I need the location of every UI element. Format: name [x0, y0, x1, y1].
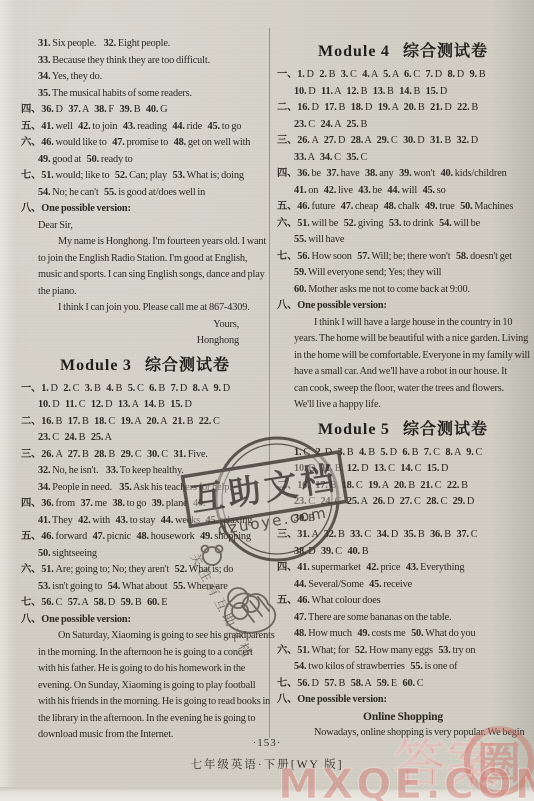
text-line: 四、36. D 37. A 38. F 39. B 40. G	[21, 102, 269, 119]
text-line: 七、56. D 57. B 58. A 59. E 60. C	[277, 676, 529, 693]
text-line: 49. good at 50. ready to	[21, 152, 269, 169]
section-header: Online Shopping	[277, 709, 529, 726]
text-line: On Saturday, Xiaoming is going to see hi…	[21, 628, 269, 645]
text-line: 59. Will everyone send; Yes; they will	[277, 265, 529, 282]
text-line: 33. A 34. C 35. C	[277, 150, 529, 167]
text-line: 47. There are some bananas on the table.	[277, 610, 529, 627]
left-column: 31. Six people. 32. Eight people.33. Bec…	[21, 36, 269, 744]
text-line: 55. will have	[277, 232, 529, 249]
text-line: 34. Yes, they do.	[21, 69, 269, 86]
book-title-footer: 七年级英语·下册[WY 版]	[0, 756, 534, 772]
text-line: 七、56. How soon 57. Will; be; there won't…	[277, 249, 529, 266]
section-header: Module 3 综合测试卷	[21, 350, 269, 381]
text-line: 二、16. B 17. B 18. C 19. A 20. A 21. B 22…	[21, 414, 269, 431]
text-line: evening. On Sunday, Xiaoming is going to…	[21, 678, 269, 695]
text-line: the library in the afternoon. In the eve…	[21, 711, 269, 728]
text-line: to join the English Radio Station. I'm g…	[21, 251, 269, 268]
text-line: 六、51. Are; going to; No; they aren't 52.…	[21, 562, 269, 579]
text-line: 23. C 24. B 25. A	[21, 430, 269, 447]
text-line: with his father. He is going to do his h…	[21, 661, 269, 678]
text-line: 23. C 24. C 25. A 26. D 27. C 28. C 29. …	[277, 494, 529, 511]
text-line: 六、46. would like to 47. promise to 48. g…	[21, 135, 269, 152]
page-number: ·153·	[0, 737, 534, 749]
text-line: 八、One possible version:	[21, 201, 269, 218]
text-line: 六、51. will be 52. giving 53. to drink 54…	[277, 216, 529, 233]
section-header: Module 5 综合测试卷	[277, 414, 529, 445]
text-line: 三、31. A 32. B 33. C 34. D 35. B 36. B 37…	[277, 527, 529, 544]
text-line: 三、26. A 27. B 28. B 29. C 30. C 31. Five…	[21, 447, 269, 464]
text-line: 31. Six people. 32. Eight people.	[21, 36, 269, 53]
text-line: 48. How much 49. costs me 50. What do yo…	[277, 626, 529, 643]
text-line: Yours,	[21, 317, 269, 334]
right-column: Module 4 综合测试卷一、1. D 2. B 3. C 4. A 5. A…	[277, 36, 529, 742]
text-line: We'll live a happy life.	[277, 397, 529, 414]
text-line: 一、1. D 2. C 3. B 4. B 5. C 6. B 7. D 8. …	[21, 381, 269, 398]
text-line: 二、16. 17. B 18. C 19. A 20. B 21. C 22. …	[277, 478, 529, 495]
text-line: 1. C 2. D 3. B 4. B 5. D 6. B 7. C 8. A …	[277, 445, 529, 462]
text-line: 五、46. What colour does	[277, 593, 529, 610]
text-line: Dear Sir,	[21, 218, 269, 235]
text-line: 四、41. supermarket 42. price 43. Everythi…	[277, 560, 529, 577]
text-line: Honghong	[21, 333, 269, 350]
text-line: in the home will be comfortable. Everyon…	[277, 348, 529, 365]
text-line: 23. C 24. A 25. B	[277, 117, 529, 134]
text-line: 38. D 39. C 40. B	[277, 544, 529, 561]
text-line: 一、1. D 2. B 3. C 4. A 5. A 6. C 7. D 8. …	[277, 67, 529, 84]
text-line: 二、16. D 17. B 18. D 19. A 20. B 21. D 22…	[277, 100, 529, 117]
text-line: 四、36. be 37. have 38. any 39. won't 40. …	[277, 166, 529, 183]
text-line: 44. Several/Some 45. receive	[277, 577, 529, 594]
text-line: 10. D 11. B 12. D 13. C 14. C 15. D	[277, 461, 529, 478]
text-line: 60. Mother asks me not to come back at 9…	[277, 282, 529, 299]
text-line: music and sports. I can sing English son…	[21, 267, 269, 284]
text-line: 八、One possible version:	[21, 612, 269, 629]
text-line: have a small car. And we'll have a robot…	[277, 364, 529, 381]
text-line: in the morning. In the afternoon he is g…	[21, 645, 269, 662]
text-line: 七、51. would; like to 52. Can; play 53. W…	[21, 168, 269, 185]
text-line: My name is Honghong. I'm fourteen years …	[21, 234, 269, 251]
scan-bottom-edge	[0, 787, 534, 801]
text-line: 八、One possible version:	[277, 298, 529, 315]
text-line: years. The home will be beautiful with a…	[277, 331, 529, 348]
scanned-answer-page: 31. Six people. 32. Eight people.33. Bec…	[0, 0, 534, 801]
text-line: 五、41. well 42. to join 43. reading 44. r…	[21, 119, 269, 136]
text-line: I think I can join you. Please call me a…	[21, 300, 269, 317]
text-line: 35. The musical habits of some readers.	[21, 86, 269, 103]
text-line: 54. two kilos of strawberries 55. is one…	[277, 659, 529, 676]
text-line: 10. D 11. A 12. B 13. B 14. B 15. D	[277, 84, 529, 101]
text-line: can cook, sweep the floor, water the tre…	[277, 381, 529, 398]
text-line: 50. sightseeing	[21, 546, 269, 563]
text-line: 六、51. What; for 52. How many eggs 53. tr…	[277, 643, 529, 660]
text-line: 10. D 11. C 12. D 13. A 14. B 15. D	[21, 397, 269, 414]
text-line: with his friends in the morning. He is g…	[21, 694, 269, 711]
section-header: Module 4 综合测试卷	[277, 36, 529, 67]
text-line: 34. People in need. 35. Ask his teachers…	[21, 480, 269, 497]
text-line: 54. No; he can't 55. is good at/does wel…	[21, 185, 269, 202]
text-line: 33. Because they think they are too diff…	[21, 53, 269, 70]
text-line: I think I will have a large house in the…	[277, 315, 529, 332]
text-line: 32. No, he isn't. 33. To keep healthy.	[21, 463, 269, 480]
text-line: the piano.	[21, 284, 269, 301]
text-line: 30. B	[277, 511, 529, 528]
text-line: 七、56. C 57. A 58. D 59. B 60. E	[21, 595, 269, 612]
text-line: 41. on 42. live 43. be 44. will 45. so	[277, 183, 529, 200]
text-line: 四、36. from 37. me 38. to go 39. plane 40…	[21, 496, 269, 513]
text-line: 53. isn't going to 54. What about 55. Wh…	[21, 579, 269, 596]
text-line: 41. They 42. with 43. to stay 44. weeks …	[21, 513, 269, 530]
text-line: 五、46. forward 47. picnic 48. housework 4…	[21, 529, 269, 546]
text-line: 三、26. A 27. D 28. A 29. C 30. D 31. B 32…	[277, 133, 529, 150]
text-line: 五、46. future 47. cheap 48. chalk 49. tru…	[277, 199, 529, 216]
text-line: 八、One possible version:	[277, 692, 529, 709]
